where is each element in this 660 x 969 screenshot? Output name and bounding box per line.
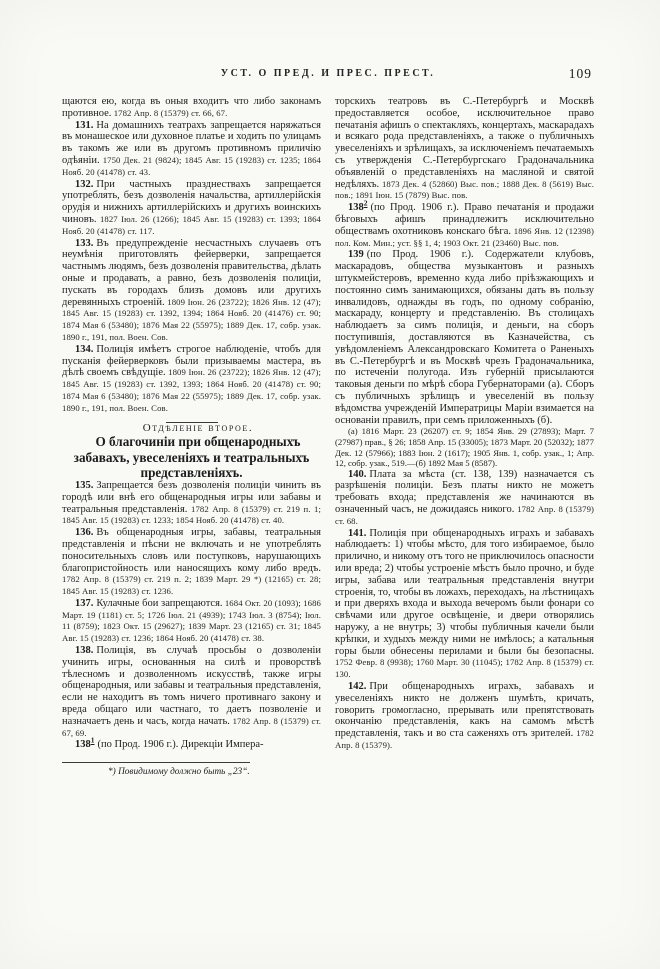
article-number: 139 (348, 249, 364, 260)
running-title: УСТ. О ПРЕД. И ПРЕС. ПРЕСТ. (62, 68, 594, 79)
right-column: торскихъ театровъ въ С.-Петербургѣ и Мос… (335, 96, 594, 779)
article-text: При общенародныхъ играхъ, забавахъ и уве… (335, 681, 594, 739)
article-text: торскихъ театровъ въ С.-Петербургѣ и Мос… (335, 96, 594, 190)
article-number: 133. (75, 238, 93, 249)
left-column: щаются ею, когда въ оныя входитъ что либ… (62, 96, 321, 779)
two-column-text: щаются ею, когда въ оныя входитъ что либ… (62, 96, 594, 779)
article-superscript: 2 (364, 199, 368, 208)
article-number: 142. (348, 681, 366, 692)
article-number: 136. (75, 527, 93, 538)
article-number: 140. (348, 469, 366, 480)
article-number: 131. (75, 120, 93, 131)
law-citation: 1752 Февр. 8 (9938); 1760 Март. 30 (1104… (335, 657, 594, 679)
article-paragraph-135: 135.Запрещается безъ дозволенія полиціи … (62, 480, 321, 527)
article-text: Кулачные бои запрещаются. (96, 598, 222, 609)
article-superscript: 1 (91, 736, 95, 745)
article-paragraph-138: 138.Полиція, въ случаѣ просьбы о дозволе… (62, 645, 321, 739)
law-citation: 1750 Дек. 21 (9824); 1845 Авг. 15 (19283… (62, 155, 321, 177)
article-paragraph-139: 139(по Прод. 1906 г.). Содержатели клубо… (335, 249, 594, 426)
law-citation: 1782 Апр. 8 (15379) ст. 66, 67. (111, 108, 227, 118)
continuation-paragraph: щаются ею, когда въ оныя входитъ что либ… (62, 96, 321, 120)
continuation-paragraph: торскихъ театровъ въ С.-Петербургѣ и Мос… (335, 96, 594, 202)
page-header: УСТ. О ПРЕД. И ПРЕС. ПРЕСТ. 109 (62, 68, 594, 86)
section-kicker: Отдѣленіе второе. (62, 423, 321, 435)
article-number: 1382 (348, 202, 368, 213)
reference-note: (а) 1816 Март. 23 (26207) ст. 9; 1854 Ян… (335, 426, 594, 468)
article-paragraph-142: 142.При общенародныхъ играхъ, забавахъ и… (335, 681, 594, 752)
article-paragraph-141: 141.Полиція при общенародныхъ играхъ и з… (335, 528, 594, 681)
article-number: 137. (75, 598, 93, 609)
article-paragraph-137: 137.Кулачные бои запрещаются.1684 Окт. 2… (62, 598, 321, 645)
article-text: Въ общенародныя игры, забавы, театральны… (62, 527, 321, 573)
article-paragraph-131: 131.На домашнихъ театрахъ запрещается на… (62, 120, 321, 179)
article-text: (по Прод. 1906 г.). Содержатели клубовъ,… (335, 249, 594, 425)
section-title: О благочиніи при общенародныхъ забавахъ,… (62, 434, 321, 480)
scanned-document-page: УСТ. О ПРЕД. И ПРЕС. ПРЕСТ. 109 щаются е… (0, 0, 660, 969)
article-text: Полиція при общенародныхъ играхъ и забав… (335, 528, 594, 657)
article-paragraph-138-1: 1381(по Прод. 1906 г.). Дирекціи Импера- (62, 739, 321, 751)
article-paragraph-132: 132.При частныхъ празднествахъ запрещает… (62, 179, 321, 238)
article-paragraph-133: 133.Въ предупрежденіе несчастныхъ случае… (62, 238, 321, 344)
article-text: (по Прод. 1906 г.). Дирекціи Импера- (98, 739, 264, 750)
article-paragraph-134: 134.Полиція имѣетъ строгое наблюденіе, ч… (62, 344, 321, 415)
law-citation: 1782 Апр. 8 (15379) ст. 219 п. 2; 1839 М… (62, 574, 321, 596)
footnote-block: *) Повидимому должно быть „23“. (62, 762, 321, 779)
article-number: 134. (75, 344, 93, 355)
article-number: 138. (75, 645, 93, 656)
article-number: 1381 (75, 739, 95, 750)
footnote-divider (62, 762, 250, 763)
law-citation: 1827 Іюл. 26 (1266); 1845 Авг. 15 (19283… (62, 214, 321, 236)
page-number: 109 (569, 66, 592, 82)
page-content: УСТ. О ПРЕД. И ПРЕС. ПРЕСТ. 109 щаются е… (62, 68, 594, 779)
article-number: 135. (75, 480, 93, 491)
article-number: 141. (348, 528, 366, 539)
article-number: 132. (75, 179, 93, 190)
footnote: *) Повидимому должно быть „23“. (62, 767, 321, 779)
article-paragraph-140: 140.Плата за мѣста (ст. 138, 139) назнач… (335, 469, 594, 528)
article-paragraph-138-2: 1382(по Прод. 1906 г.). Право печатанія … (335, 202, 594, 249)
article-text: Полиція, въ случаѣ просьбы о дозволеніи … (62, 645, 321, 727)
article-paragraph-136: 136.Въ общенародныя игры, забавы, театра… (62, 527, 321, 598)
